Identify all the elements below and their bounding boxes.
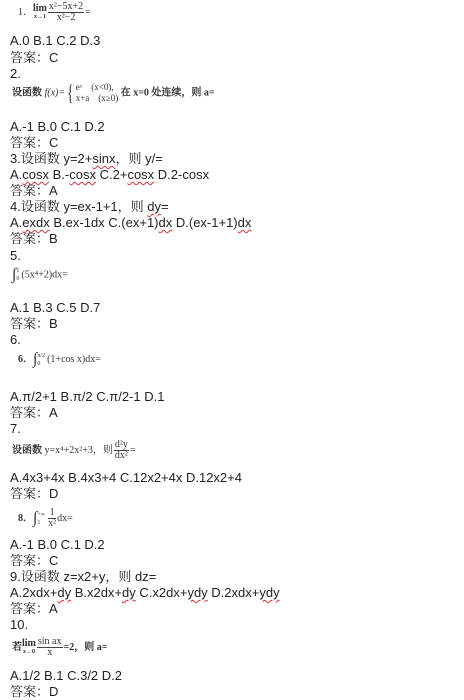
question-6-answer: 答案：A [10,405,58,420]
question-2-answer: 答案：C [10,135,58,150]
question-10-options: A.1/2 B.1 C.3/2 D.2 [10,668,122,683]
question-4-answer: 答案：B [10,231,58,246]
question-8-options: A.-1 B.0 C.1 D.2 [10,537,105,552]
question-7-options: A.4x3+4x B.4x3+4 C.12x2+4x D.12x2+4 [10,470,242,485]
limit-operator: limx→1 [33,5,47,21]
question-10-answer: 答案：D [10,684,58,699]
question-9-options: A.2xdx+dy B.x2dx+dy C.x2dx+ydy D.2xdx+yd… [10,585,280,600]
question-5-answer: 答案：B [10,316,58,331]
question-10-number: 10. [10,617,28,632]
question-1-formula: 1．limx→1x²−5x+2x²−2= [18,2,91,23]
question-8-formula: 8．∫+∞11x²dx= [18,508,73,529]
question-4-options: A.exdx B.ex-1dx C.(ex+1)dx D.(ex-1+1)dx [10,215,251,230]
question-number: 1． [18,7,33,18]
question-1-options: A.0 B.1 C.2 D.3 [10,33,100,48]
question-2-options: A.-1 B.0 C.1 D.2 [10,119,105,134]
question-3-stem: 3.设函数 y=2+sinx，则 y/= [10,151,163,166]
question-10-formula: 若limx→0sin axx=2，则 a= [12,637,107,658]
question-5-number: 5. [10,248,21,263]
question-7-answer: 答案：D [10,486,58,501]
question-4-stem: 4.设函数 y=ex-1+1，则 dy= [10,199,169,214]
question-1-answer: 答案：C [10,50,58,65]
question-6-formula: 6．∫π/20(1+cos x)dx= [18,350,101,369]
question-2-number: 2. [10,66,21,81]
fraction: x²−5x+2x²−2 [48,2,84,23]
question-5-options: A.1 B.3 C.5 D.7 [10,300,100,315]
question-8-answer: 答案：C [10,553,58,568]
question-6-number: 6. [10,332,21,347]
question-7-number: 7. [10,421,21,436]
question-7-formula: 设函数 y=x⁴+2x²+3，则d²ydx²= [12,440,136,461]
question-9-stem: 9.设函数 z=x2+y，则 dz= [10,569,156,584]
question-9-answer: 答案：A [10,601,58,616]
question-3-answer: 答案：A [10,183,58,198]
question-3-options: A.cosx B.-cosx C.2+cosx D.2-cosx [10,167,209,182]
question-5-formula: ∫10(5x⁴+2)dx= [12,266,68,284]
question-6-options: A.π/2+1 B.π/2 C.π/2-1 D.1 [10,389,164,404]
question-2-formula: 设函数 f(x)={eˣ (x<0),x+a (x≥0) 在 x=0 处连续，则… [12,82,215,104]
